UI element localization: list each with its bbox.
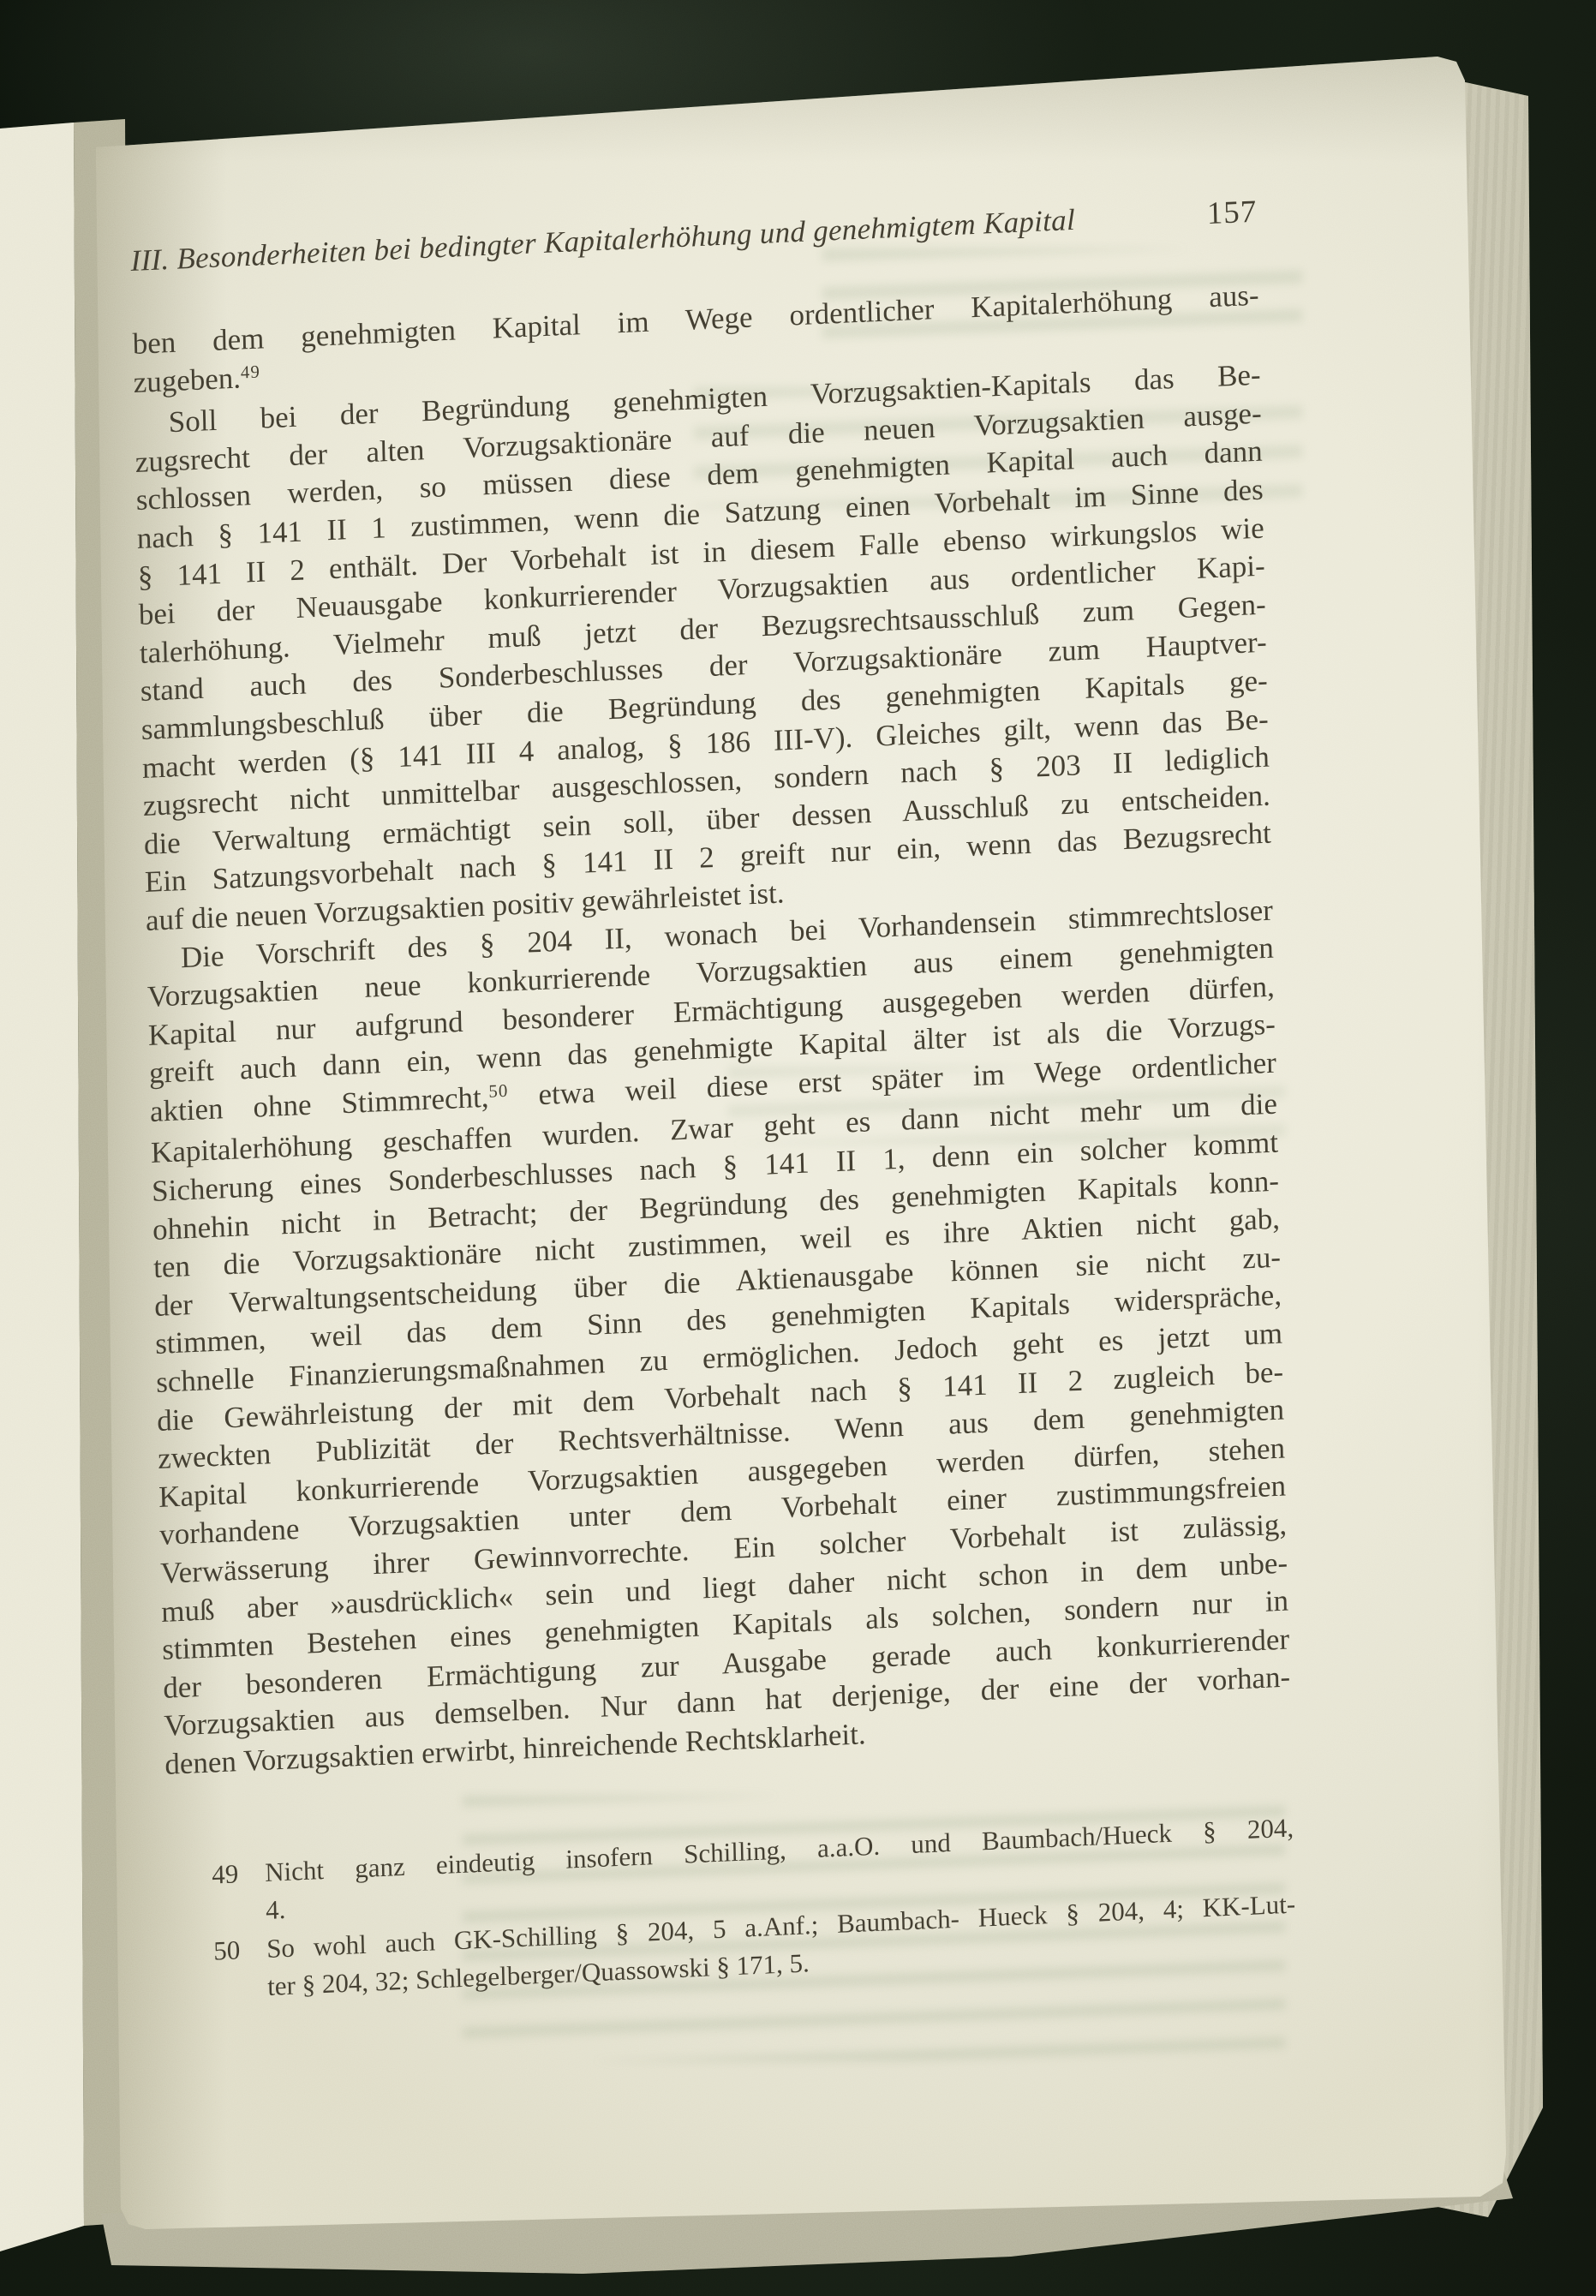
footnote-marker: 49 [241, 362, 261, 383]
chapter-heading: III. Besonderheiten bei bedingter Kapita… [130, 200, 1075, 281]
running-header: III. Besonderheiten bei bedingter Kapita… [130, 193, 1258, 281]
page-number: 157 [1206, 193, 1257, 235]
footnotes: 49Nicht ganz eindeutig insofern Schillin… [212, 1809, 1297, 2008]
body-text: ben dem genehmigten Kapital im Wege orde… [132, 277, 1291, 1785]
paragraph: Die Vorschrift des § 204 II, wonach bei … [146, 891, 1292, 1784]
footnote-number: 50 [213, 1930, 268, 2009]
footnote-number: 49 [212, 1854, 266, 1933]
book-page: III. Besonderheiten bei bedingter Kapita… [0, 0, 1596, 2296]
page-content: III. Besonderheiten bei bedingter Kapita… [130, 193, 1297, 2011]
paragraph: Soll bei der Begründung genehmigten Vorz… [134, 356, 1272, 941]
book-scan: III. Besonderheiten bei bedingter Kapita… [0, 0, 1596, 2296]
footnote-marker: 50 [488, 1080, 509, 1102]
